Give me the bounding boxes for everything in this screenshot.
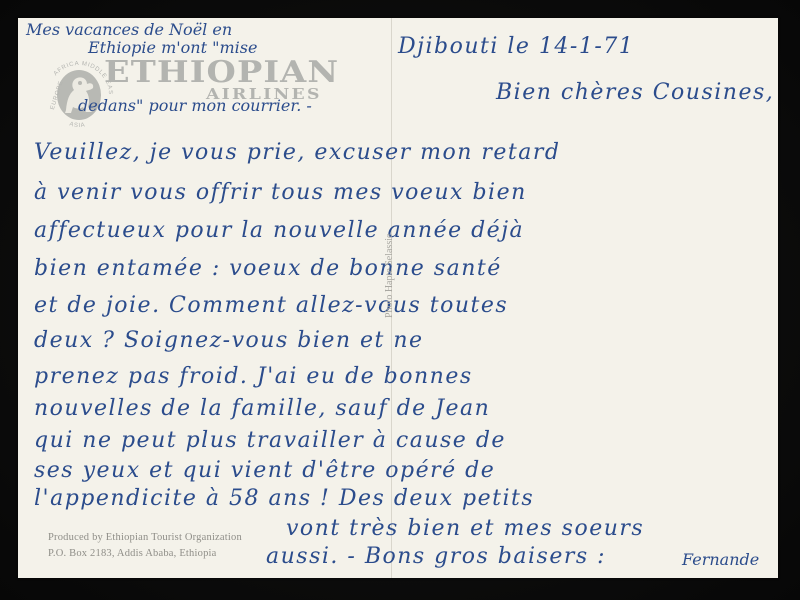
letter-body-line: deux ? Soignez-vous bien et ne [34, 330, 424, 352]
handwritten-header-line: dedans" pour mon courrier. - [78, 98, 312, 114]
letter-body-line: affectueux pour la nouvelle année déjà [34, 220, 524, 242]
letter-body-line: aussi. - Bons gros baisers : [266, 546, 606, 568]
handwritten-header-line: Mes vacances de Noël en [26, 22, 232, 38]
letter-body-line: à venir vous offrir tous mes voeux bien [34, 182, 527, 204]
letter-body-line: ses yeux et qui vient d'être opéré de [34, 460, 495, 482]
letter-body-line: vont très bien et mes soeurs [286, 518, 644, 540]
salutation: Bien chères Cousines, [496, 82, 774, 104]
letter-body-line: Veuillez, je vous prie, excuser mon reta… [34, 142, 560, 164]
letter-body-line: qui ne peut plus travailler à cause de [34, 430, 506, 452]
handwritten-header-line: Ethiopie m'ont "mise [88, 40, 257, 56]
photo-credit: Photo Hapte Selassie [384, 234, 395, 318]
letter-body-line: prenez pas froid. J'ai eu de bonnes [34, 366, 473, 388]
brand-name: ETHIOPIAN [104, 58, 339, 88]
signature: Fernande [682, 552, 759, 568]
letter-body-line: l'appendicite à 58 ans ! Des deux petits [34, 488, 534, 510]
letter-body-line: et de joie. Comment allez-vous toutes [34, 295, 508, 317]
postcard: AFRICA MIDDLE EAST ASIA EUROPE ETHIOPIAN… [18, 18, 778, 578]
publisher-address: P.O. Box 2183, Addis Ababa, Ethiopia [48, 548, 217, 559]
svg-text:ASIA: ASIA [69, 121, 86, 129]
letter-body-line: nouvelles de la famille, sauf de Jean [34, 398, 490, 420]
place-and-date: Djibouti le 14-1-71 [398, 36, 634, 58]
scanner-background: AFRICA MIDDLE EAST ASIA EUROPE ETHIOPIAN… [0, 0, 800, 600]
letter-body-line: bien entamée : voeux de bonne santé [34, 258, 502, 280]
publisher-line: Produced by Ethiopian Tourist Organizati… [48, 532, 242, 543]
